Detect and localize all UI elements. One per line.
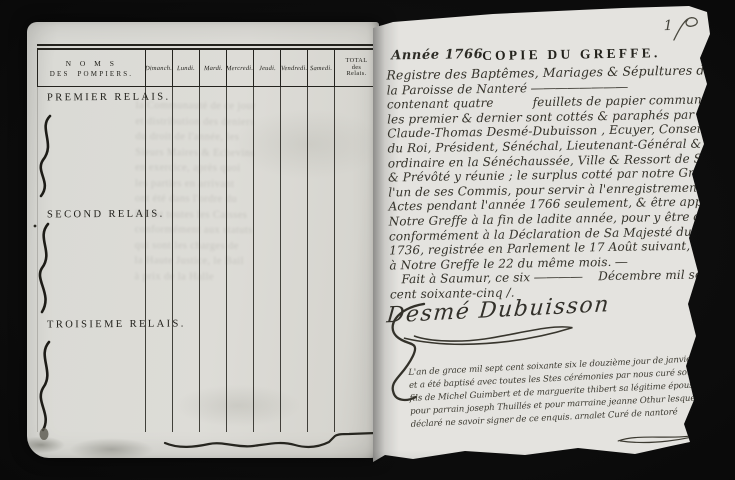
- closing-rule-stroke: [165, 433, 376, 447]
- folio-flourish-stroke: [674, 18, 698, 40]
- register-scan: N O M S DES POMPIERS. Dimanch. Lundi. Ma…: [0, 0, 735, 480]
- page-title: COPIE DU GREFFE.: [482, 45, 661, 64]
- header-day-lundi: Lundi.: [172, 50, 199, 86]
- record-end-flourish: [614, 427, 714, 447]
- header-noms-line1: N O M S: [66, 59, 118, 68]
- header-day-mercredi: Mercredi.: [226, 50, 253, 86]
- header-noms-line2: DES POMPIERS.: [50, 70, 134, 78]
- signature-flourish-stroke: [404, 327, 572, 346]
- header-total-relais: TOTAL des Relais.: [334, 50, 379, 86]
- record-end-flourish-stroke: [618, 432, 708, 442]
- greffe-certificate-text: Registre des Baptêmes, Mariages & Sépult…: [386, 63, 710, 301]
- body-col-noms: [37, 87, 145, 432]
- section-label-second-relais: SECOND RELAIS.: [47, 209, 165, 221]
- bleed-through-text: la Communauté de ce jour et distribution…: [134, 98, 373, 286]
- header-day-mardi: Mardi.: [199, 50, 226, 86]
- attendance-table: N O M S DES POMPIERS. Dimanch. Lundi. Ma…: [37, 48, 379, 432]
- header-day-dimanche: Dimanch.: [145, 50, 172, 86]
- section-label-premier-relais: PREMIER RELAIS.: [47, 92, 171, 104]
- left-page: N O M S DES POMPIERS. Dimanch. Lundi. Ma…: [27, 22, 379, 458]
- header-day-samedi: Samedi.: [307, 50, 334, 86]
- baptism-record-text: L'an de grace mil sept cent soixante six…: [408, 353, 713, 432]
- right-page-content: 1 Année 1766 COPIE DU GREFFE. Registre d…: [369, 3, 724, 470]
- table-header-row: N O M S DES POMPIERS. Dimanch. Lundi. Ma…: [37, 48, 379, 87]
- section-label-troisieme-relais: TROISIEME RELAIS.: [47, 319, 186, 331]
- folio-number: 1: [664, 18, 673, 34]
- header-day-jeudi: Jeudi.: [253, 50, 280, 86]
- folio-flourish: [669, 12, 703, 43]
- folio-number-text: 1: [664, 18, 673, 34]
- table-body: la Communauté de ce jour et distribution…: [37, 87, 379, 432]
- right-page: 1 Année 1766 COPIE DU GREFFE. Registre d…: [373, 6, 721, 468]
- year-label: Année 1766: [391, 47, 483, 63]
- ink-speck: [34, 225, 37, 228]
- header-day-vendredi: Vendredi.: [280, 50, 307, 86]
- header-noms-pompiers: N O M S DES POMPIERS.: [37, 50, 145, 86]
- hand-drawn-closing-rule: [157, 430, 379, 452]
